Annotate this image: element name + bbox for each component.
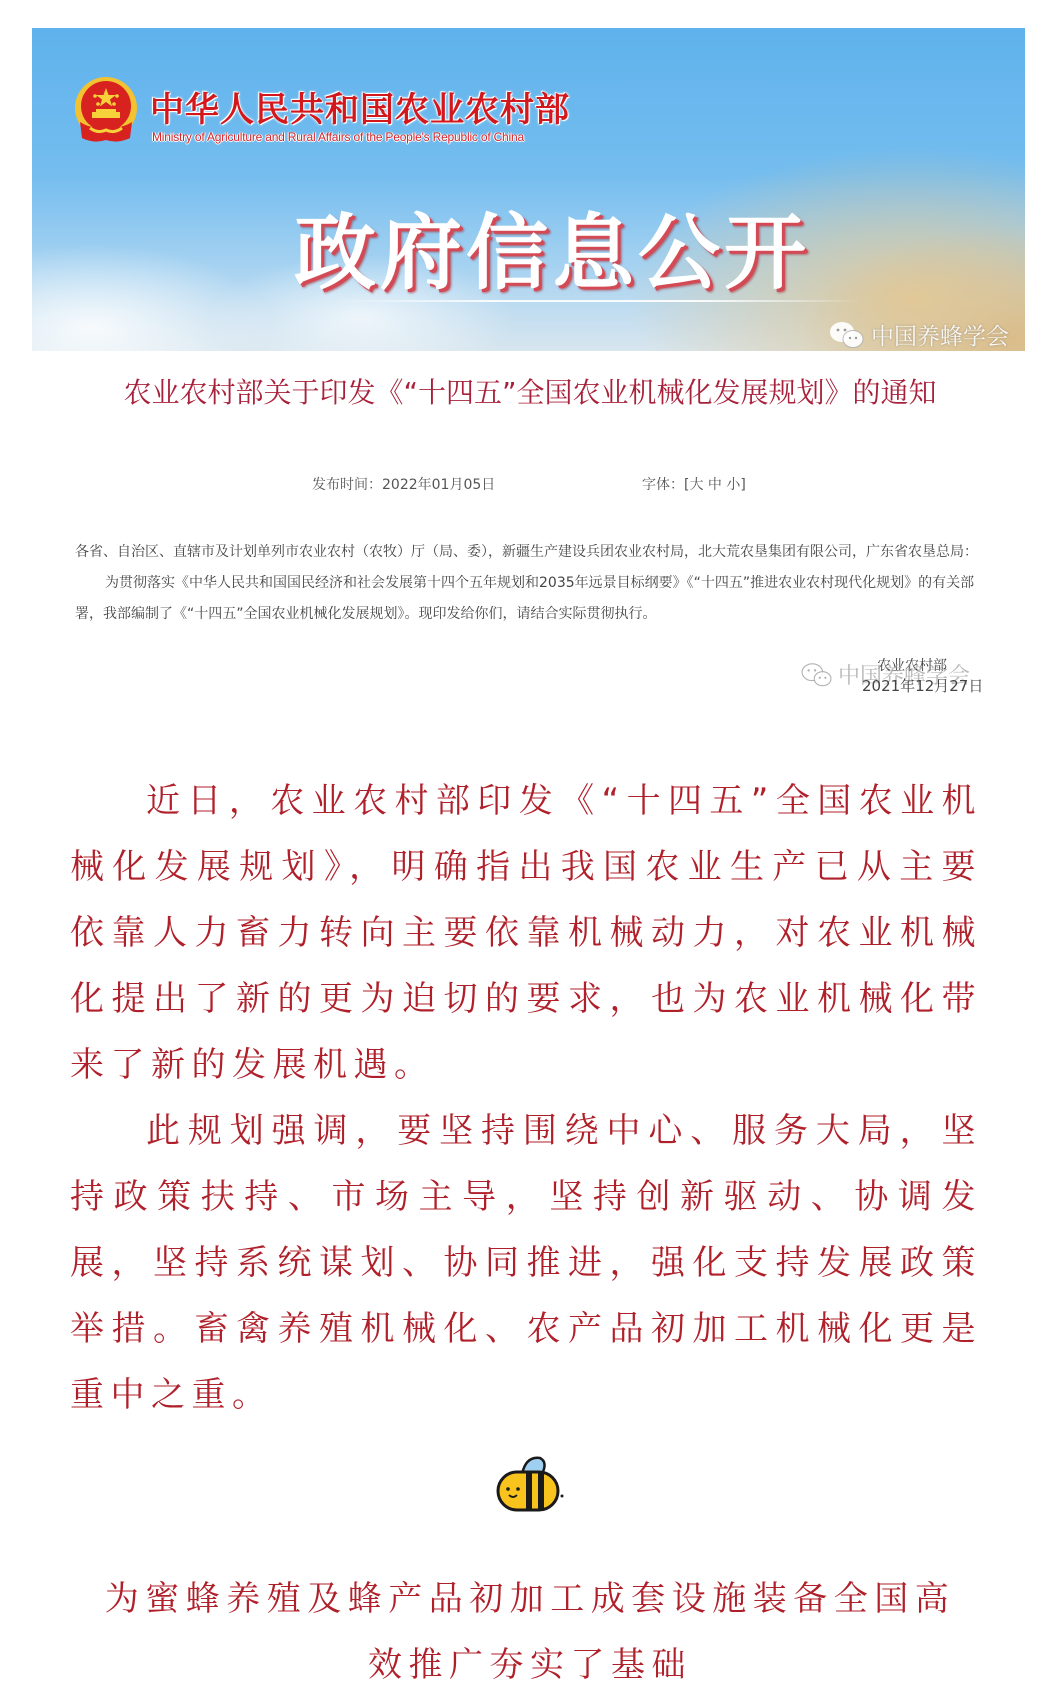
watermark: 中国养蜂学会 xyxy=(829,318,1009,351)
wechat-icon xyxy=(829,320,865,350)
signoff: 农业农村部 中国养蜂学会 2021年12月27日 xyxy=(800,655,1000,705)
bee-icon xyxy=(492,1452,566,1514)
closing-line: 效推广夯实了基础 xyxy=(70,1632,990,1698)
watermark-text: 中国养蜂学会 xyxy=(871,318,1009,351)
section-title: 政府信息公开 xyxy=(294,188,810,305)
signoff-date: 2021年12月27日 xyxy=(862,675,983,696)
article-paragraph: 此规划强调，要坚持围绕中心、服务大局，坚持政策扶持、市场主导，坚持创新驱动、协调… xyxy=(70,1098,982,1428)
header-banner: 中华人民共和国农业农村部 Ministry of Agriculture and… xyxy=(32,28,1025,351)
ministry-name-cn: 中华人民共和国农业农村部 xyxy=(150,82,570,131)
national-emblem-icon xyxy=(72,76,140,148)
article-body: 近日，农业农村部印发《“十四五”全国农业机械化发展规划》，明确指出我国农业生产已… xyxy=(70,768,982,1428)
wechat-icon xyxy=(800,661,834,689)
publish-date-value: 2022年01月05日 xyxy=(382,477,495,493)
notice-title: 农业农村部关于印发《“十四五”全国农业机械化发展规划》的通知 xyxy=(70,372,990,414)
notice-body: 各省、自治区、直辖市及计划单列市农业农村（农牧）厅（局、委），新疆生产建设兵团农… xyxy=(75,537,983,630)
publish-date: 发布时间：2022年01月05日 xyxy=(312,474,495,494)
publish-label: 发布时间： xyxy=(312,477,382,493)
font-size-large[interactable]: [大 xyxy=(684,477,703,493)
font-size-small[interactable]: 小] xyxy=(726,477,745,493)
ministry-name-en: Ministry of Agriculture and Rural Affair… xyxy=(152,130,524,144)
font-size-selector: 字体：[大 中 小] xyxy=(642,474,746,494)
font-label: 字体： xyxy=(642,477,684,493)
addressees: 各省、自治区、直辖市及计划单列市农业农村（农牧）厅（局、委），新疆生产建设兵团农… xyxy=(75,537,983,568)
banner-divider xyxy=(332,300,862,302)
font-size-medium[interactable]: 中 xyxy=(708,477,722,493)
article-paragraph: 近日，农业农村部印发《“十四五”全国农业机械化发展规划》，明确指出我国农业生产已… xyxy=(70,768,982,1098)
closing-line: 为蜜蜂养殖及蜂产品初加工成套设施装备全国高 xyxy=(70,1566,990,1632)
notice-paragraph: 为贯彻落实《中华人民共和国国民经济和社会发展第十四个五年规划和2035年远景目标… xyxy=(75,568,983,630)
closing-statement: 为蜜蜂养殖及蜂产品初加工成套设施装备全国高 效推广夯实了基础 xyxy=(70,1566,990,1698)
